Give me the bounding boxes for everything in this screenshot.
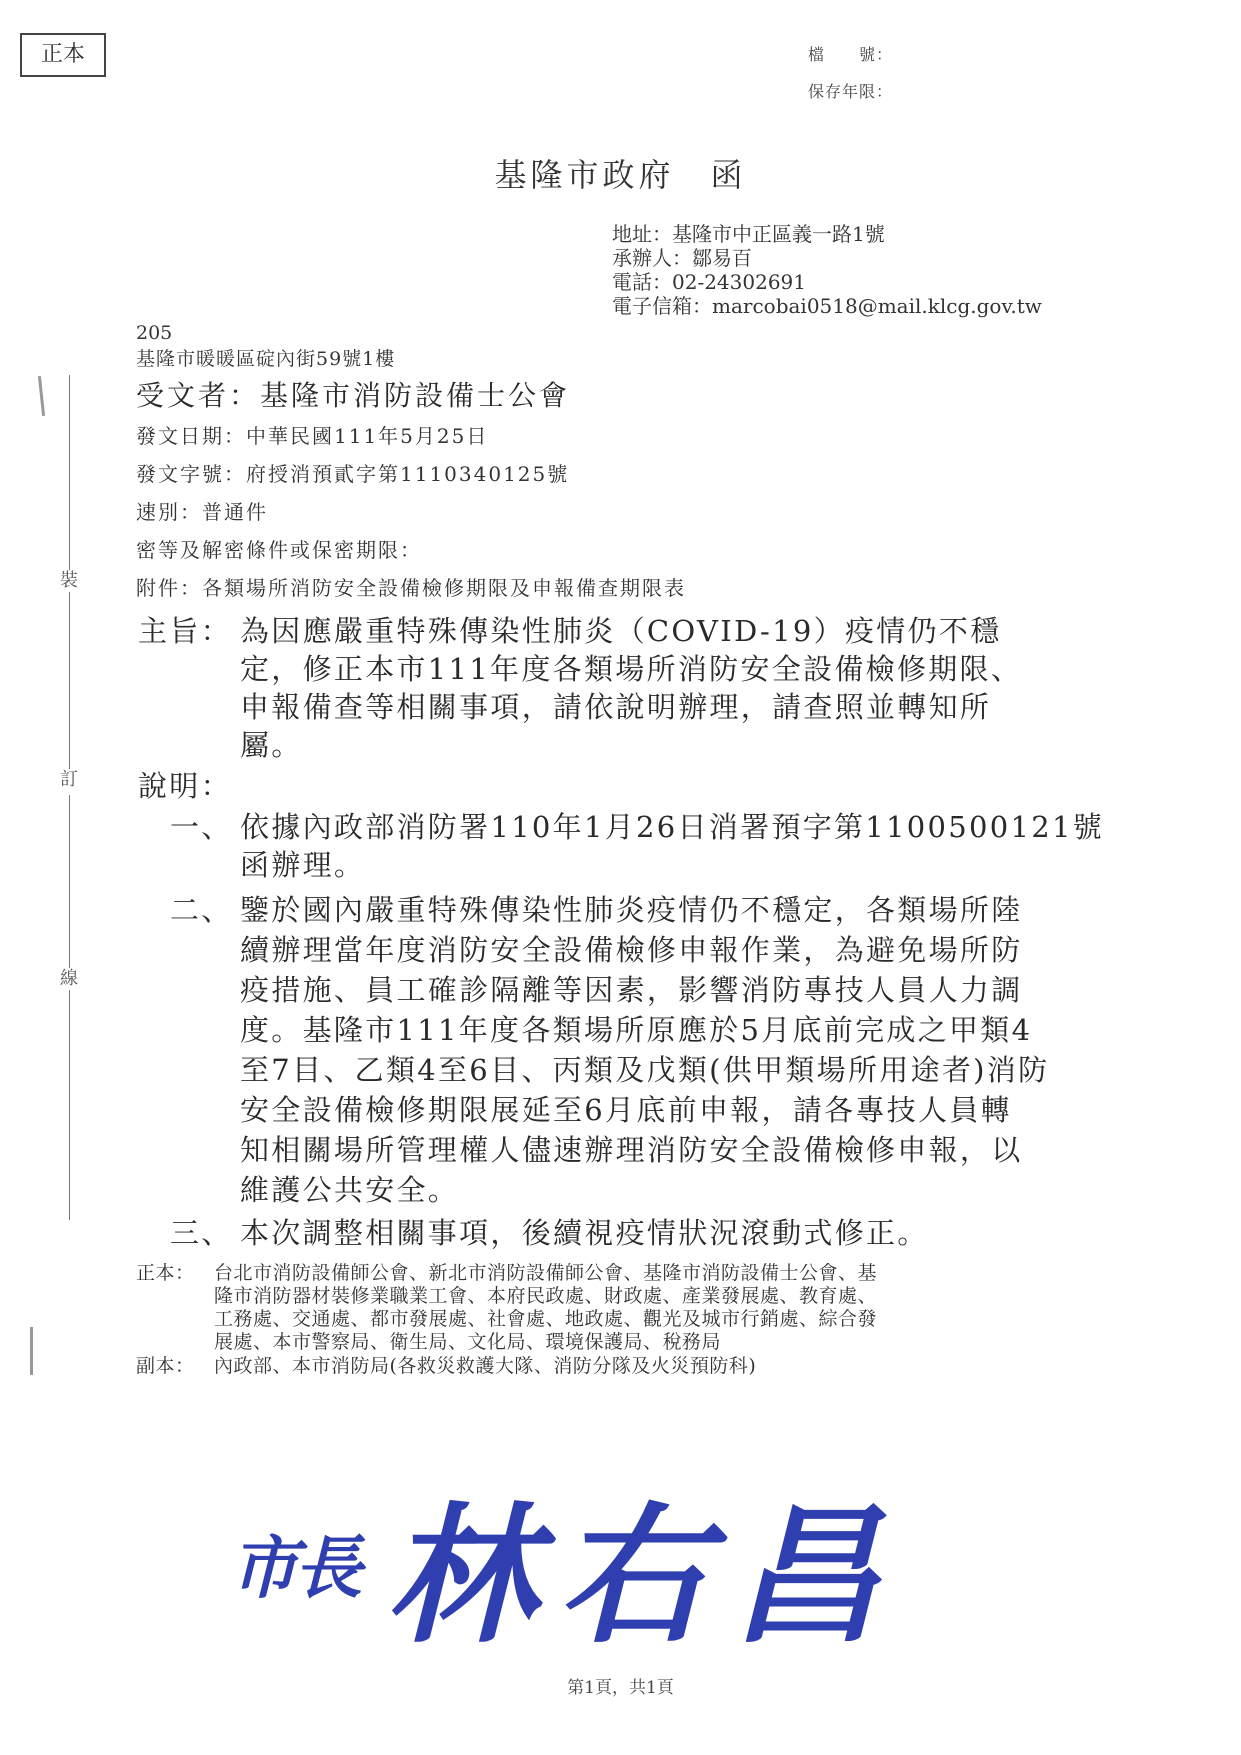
scan-margin-mark (38, 376, 45, 416)
retention-period-label: 保存年限： (808, 79, 893, 102)
sender-contact-block: 地址：基隆市中正區義一路1號 承辦人：鄒易百 電話：02-24302691 電子… (612, 222, 1042, 318)
postal-code: 205 (136, 322, 172, 344)
copy-recipients-line: 內政部、本市消防局(各救災救護大隊、消防分隊及火災預防科) (214, 1355, 756, 1378)
binding-line (69, 795, 70, 1220)
explanation-marker-2: 二、 (170, 891, 233, 929)
explanation-line: 度。基隆市111年度各類場所原應於5月底前完成之甲類4 (240, 1011, 1032, 1049)
explanation-line: 安全設備檢修期限展延至6月底前申報，請各專技人員轉 (240, 1091, 1012, 1129)
recipient: 受文者：基隆市消防設備士公會 (136, 374, 570, 414)
original-recipients-label: 正本： (136, 1262, 195, 1285)
explanation-marker-1: 一、 (170, 808, 233, 846)
original-recipients-line: 隆市消防器材裝修業職業工會、本府民政處、財政處、產業發展處、教育處、 (214, 1285, 877, 1308)
explanation-marker-3: 三、 (170, 1214, 233, 1252)
sender-email: 電子信箱：marcobai0518@mail.klcg.gov.tw (612, 294, 1042, 318)
sender-phone: 電話：02-24302691 (612, 270, 1042, 294)
original-recipients-line: 台北市消防設備師公會、新北市消防設備師公會、基隆市消防設備士公會、基 (214, 1262, 877, 1285)
subject-label: 主旨： (138, 612, 232, 650)
scan-margin-mark (30, 1327, 33, 1375)
binding-char: 訂 (60, 769, 78, 791)
original-recipients-line: 展處、本市警察局、衛生局、文化局、環境保護局、稅務局 (214, 1331, 721, 1354)
explanation-line: 函辦理。 (240, 846, 365, 884)
explanation-line: 至7目、乙類4至6目、丙類及戊類(供甲類場所用途者)消防 (240, 1051, 1049, 1089)
mayor-signature: 市長林右昌 (230, 1455, 902, 1671)
subject-line: 屬。 (240, 726, 303, 764)
document-title: 基隆市政府 函 (0, 150, 1241, 196)
file-number-label: 檔 號： (808, 42, 893, 65)
explanation-line: 本次調整相關事項，後續視疫情狀況滾動式修正。 (240, 1214, 929, 1252)
secrecy-level: 密等及解密條件或保密期限： (136, 534, 422, 563)
subject-line: 為因應嚴重特殊傳染性肺炎（COVID-19）疫情仍不穩 (240, 612, 1001, 650)
explanation-label: 說明： (138, 767, 232, 805)
binding-char: 裝 (60, 570, 78, 592)
explanation-line: 鑒於國內嚴重特殊傳染性肺炎疫情仍不穩定，各類場所陸 (240, 891, 1023, 929)
document-number: 發文字號：府授消預貳字第1110340125號 (136, 458, 569, 487)
issue-date: 發文日期：中華民國111年5月25日 (136, 420, 488, 449)
explanation-line: 維護公共安全。 (240, 1171, 459, 1209)
handler-name: 承辦人：鄒易百 (612, 246, 1042, 270)
sender-address: 地址：基隆市中正區義一路1號 (612, 222, 1042, 246)
explanation-line: 知相關場所管理權人儘速辦理消防安全設備檢修申報，以 (240, 1131, 1023, 1169)
explanation-line: 續辦理當年度消防安全設備檢修申報作業，為避免場所防 (240, 931, 1023, 969)
original-recipients-line: 工務處、交通處、都市發展處、社會處、地政處、觀光及城市行銷處、綜合發 (214, 1308, 877, 1331)
recipient-address: 基隆市暖暖區碇內街59號1樓 (136, 344, 395, 371)
delivery-speed: 速別：普通件 (136, 496, 268, 525)
binding-char: 線 (60, 968, 78, 990)
copy-recipients-label: 副本： (136, 1355, 195, 1378)
attachment: 附件：各類場所消防安全設備檢修期限及申報備查期限表 (136, 572, 686, 601)
page-number: 第1頁，共1頁 (0, 1673, 1241, 1698)
explanation-line: 依據內政部消防署110年1月26日消署預字第1100500121號 (240, 808, 1104, 846)
explanation-line: 疫措施、員工確診隔離等因素，影響消防專技人員人力調 (240, 971, 1023, 1009)
signature-name: 林右昌 (386, 1488, 902, 1664)
subject-line: 申報備查等相關事項，請依說明辦理，請查照並轉知所 (240, 688, 991, 726)
signature-title: 市長 (230, 1529, 358, 1609)
subject-line: 定，修正本市111年度各類場所消防安全設備檢修期限、 (240, 650, 1022, 688)
original-copy-stamp: 正本 (20, 33, 106, 77)
